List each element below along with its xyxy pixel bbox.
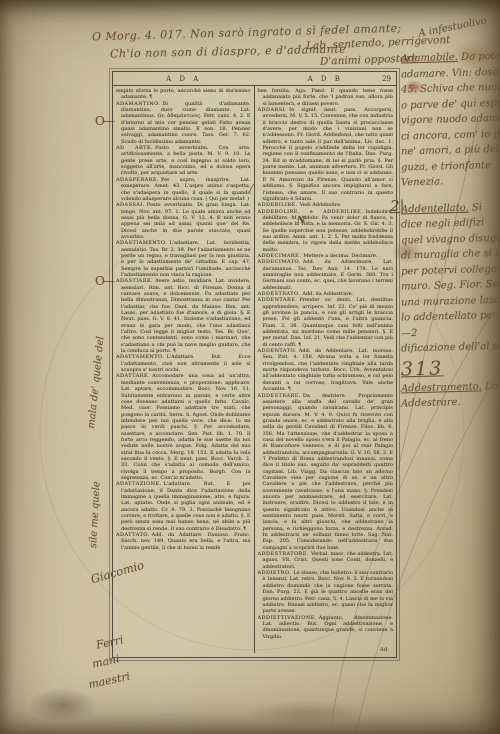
entry-headword: ADDESTRARE.: [258, 393, 301, 399]
entry-headword: ADASSAI.: [116, 202, 145, 208]
inline-slash-mark: /: [250, 184, 253, 194]
dictionary-entry: ADDESTRARE.Da destriere. Propriamente as…: [258, 393, 394, 552]
entry-body: Prender co' denti. Lat. dentibus apprehe…: [263, 297, 394, 347]
printed-page-frame: A D A A D B 29 empito sforza le porte, a…: [112, 71, 397, 658]
margin-note-text: dice negli edifizi: [401, 217, 485, 230]
entry-body: Vedi Addebolire.: [300, 202, 342, 208]
dictionary-entry: ADDARSI.In signif. neut. pass. Accorgers…: [258, 107, 394, 202]
entry-body: L'adattare. But. E poi l'adattazione; il…: [121, 481, 251, 531]
margin-note-line: lo addentellato per lo: [401, 308, 500, 326]
margin-note-text: Lo: [482, 380, 498, 391]
margin-note-line: vigore nuodo adamabili: [401, 111, 500, 129]
entry-headword: ADDENTARE.: [258, 297, 298, 303]
margin-marker-2: 2|: [390, 197, 405, 215]
margin-note-text: Da potersi: [458, 50, 500, 62]
margin-note-text: o parve de' quì espressi: [401, 97, 500, 111]
entry-body: Add. da Addentare. Lat. morsus. Sen. Pis…: [263, 348, 394, 392]
dictionary-entry: ADASTIAMENTO.L'adastiare. Lat. invidenti…: [116, 240, 251, 278]
margin-note-text: Venezia.: [401, 176, 443, 188]
running-head: A D A A D B 29: [113, 72, 396, 86]
margin-note-line: dificazione dell'al salon: [401, 339, 500, 357]
dictionary-entry: ADDENTATO.Add. da Addentare. Lat. morsus…: [258, 348, 394, 392]
entry-headword: ADATTAMENTO.: [116, 354, 164, 360]
margin-note-line: Addestrare.: [401, 394, 500, 412]
margin-note-text: adamare. Vin: dose An:: [401, 66, 500, 80]
margin-note-text: guza, e trionfante: [401, 160, 491, 173]
entry-headword: ADASPERARE.: [116, 177, 159, 183]
margin-note-text: Addestrare.: [401, 397, 461, 410]
margin-note-keyword: Addestramento.: [401, 381, 482, 394]
margin-note-text: dificazione dell'al salon: [401, 340, 500, 354]
dictionary-entry: ADDECIMATO.Add. da Addecimare. Lat. decu…: [258, 259, 394, 291]
margin-note-line: muro. Seg. Fior. Sempre: [401, 277, 500, 295]
dictionary-entry: ADDEBOLIRE, e ADDEBILIRE.Indebolire, deb…: [258, 209, 394, 253]
entry-headword: ADDEBOLIRE, e ADDEBILIRE.: [258, 209, 364, 215]
margin-note-text: 45. Schiva che nuoci,: [401, 82, 500, 96]
entry-headword: ADATTAZIONE.: [116, 481, 162, 487]
left-pointer-mark-2: O—: [95, 274, 113, 288]
entry-headword: ADDIETTIVAZIONE.: [258, 615, 317, 621]
margin-note-text: di muraglia che si lascia: [401, 247, 500, 261]
entry-headword: ADDECIMATO.: [258, 259, 301, 265]
margin-note-line: 313: [401, 354, 500, 381]
dictionary-entry: ADASTIARE.Avere astio, invidiare. Lat. i…: [116, 278, 251, 354]
entry-body: Indebolire, debilitare. M. Aldobr. Fa ve…: [263, 209, 394, 253]
entry-body: Accomodare una cosa ad un'altra, mediant…: [121, 373, 251, 481]
entry-body: Lo stesso, che Indietro: il suo contrari…: [263, 570, 394, 614]
entry-body: Da destriere. Propriamente assistere all…: [263, 393, 394, 551]
margin-note-line: ne' amori, a più delle dure: [401, 142, 500, 160]
dictionary-entry: ADASSAI.Posto avverbialm. Di gran lunga.…: [116, 202, 251, 240]
margin-note-text: muro. Seg. Fior. Sempre: [401, 278, 500, 292]
running-head-left: A D A: [113, 75, 255, 83]
dictionary-entry: ADDESTRATORE.Verbal. masc. che addestra.…: [258, 551, 394, 570]
text-columns: empito sforza le porte, ancorchè sieno d…: [113, 86, 396, 653]
inline-correction-mark: N: [297, 216, 305, 226]
dictionary-entry: ADATTARE.Accomodare una cosa ad un'altra…: [116, 373, 251, 481]
entry-body: empito sforza le porte, ancorchè sieno d…: [116, 88, 251, 100]
entry-body: ben fornita. Aga. Pand. E quando bene fo…: [258, 88, 394, 107]
dictionary-entry: ADATTATO.Add. da Adattare. Danioso. Fran…: [116, 532, 251, 551]
left-pointer-mark-1: O—: [95, 114, 113, 128]
entry-headword: ADAMANTINO.: [116, 101, 160, 107]
dictionary-entry: ADDENTARE.Prender co' denti. Lat. dentib…: [258, 297, 394, 348]
running-head-right-label: A D B: [308, 75, 343, 83]
entry-body: Avere astio, invidiare. Lat. invidere, a…: [121, 278, 251, 354]
dictionary-entry: AD ARTE.Posto avverbialm. Con arte, arti…: [116, 145, 251, 177]
dictionary-entry: ADDIETRO.Lo stesso, che Indietro: il suo…: [258, 570, 394, 614]
entry-body: In signif. neut. pass. Accorgersi, avved…: [263, 107, 394, 202]
entry-body: Di qualità d'adamante, diamantino, duro …: [121, 101, 251, 145]
entry-headword: ADDEBILIRE.: [258, 202, 298, 208]
margin-note-line: di muraglia che si lascia: [401, 246, 500, 264]
margin-note-text: lo addentellato per lo: [401, 310, 500, 324]
catchword: Ad-: [380, 647, 389, 653]
margin-note-line: Venezia.: [401, 173, 500, 191]
dictionary-entry: ADDIETTIVAZIONE.Aggiunto, dinominazione.…: [258, 615, 394, 640]
margin-note-text: Si: [469, 202, 483, 213]
page-number: 29: [382, 75, 391, 83]
margin-note-line: 45. Schiva che nuoci,: [401, 80, 500, 98]
margin-note-text: ci ancora, com' io pur: [401, 128, 500, 142]
margin-note-text: per potervi collegandone: [401, 263, 500, 277]
running-head-right: A D B 29: [255, 75, 397, 83]
dictionary-entry: ADASPERARE.Per aspro, inasprire. Lat. ex…: [116, 177, 251, 202]
margin-note-keyword: 313: [401, 357, 444, 380]
dictionary-entry: empito sforza le porte, ancorchè sieno d…: [116, 88, 251, 101]
margin-note-text: —2: [401, 328, 418, 339]
entry-body: Posto avverbialm. Di gran lunga. Lat. lo…: [121, 202, 251, 240]
dictionary-entry: ADAMANTINO.Di qualità d'adamante, diaman…: [116, 101, 251, 145]
right-column: ben fornita. Aga. Pand. E quando bene fo…: [255, 86, 397, 653]
entry-headword: ADASTIAMENTO.: [116, 240, 167, 246]
entry-headword: ADATTARE.: [116, 373, 150, 379]
margin-note-text: quel vivagno disuguale: [401, 232, 500, 246]
margin-note-text: ne' amori, a più delle dure: [401, 143, 500, 157]
entry-headword: ADASTIARE.: [116, 278, 153, 284]
margin-note-line: dice negli edifizi: [401, 215, 500, 233]
margin-note-text: una murazione lascia: [401, 294, 500, 308]
margin-note-keyword: Adamabile.: [401, 52, 458, 64]
dictionary-entry: ADATTAMENTO.L'Adattare. But. Ecco l'adat…: [116, 354, 251, 373]
dictionary-entry: ADATTAZIONE.L'adattare. But. E poi l'ada…: [116, 481, 251, 532]
right-margin-notes: Adamabile. Da potersi adamare. Vin: dose…: [401, 50, 500, 411]
entry-body: L'adastiare. Lat. invidentia, aemulatio.…: [121, 240, 251, 278]
margin-note-line: Adamabile. Da potersi: [401, 49, 500, 67]
margin-note-keyword: Addentellato.: [401, 202, 469, 215]
dictionary-entry: ben fornita. Aga. Pand. E quando bene fo…: [258, 88, 394, 107]
margin-note-text: vigore nuodo adamabili: [401, 112, 500, 126]
